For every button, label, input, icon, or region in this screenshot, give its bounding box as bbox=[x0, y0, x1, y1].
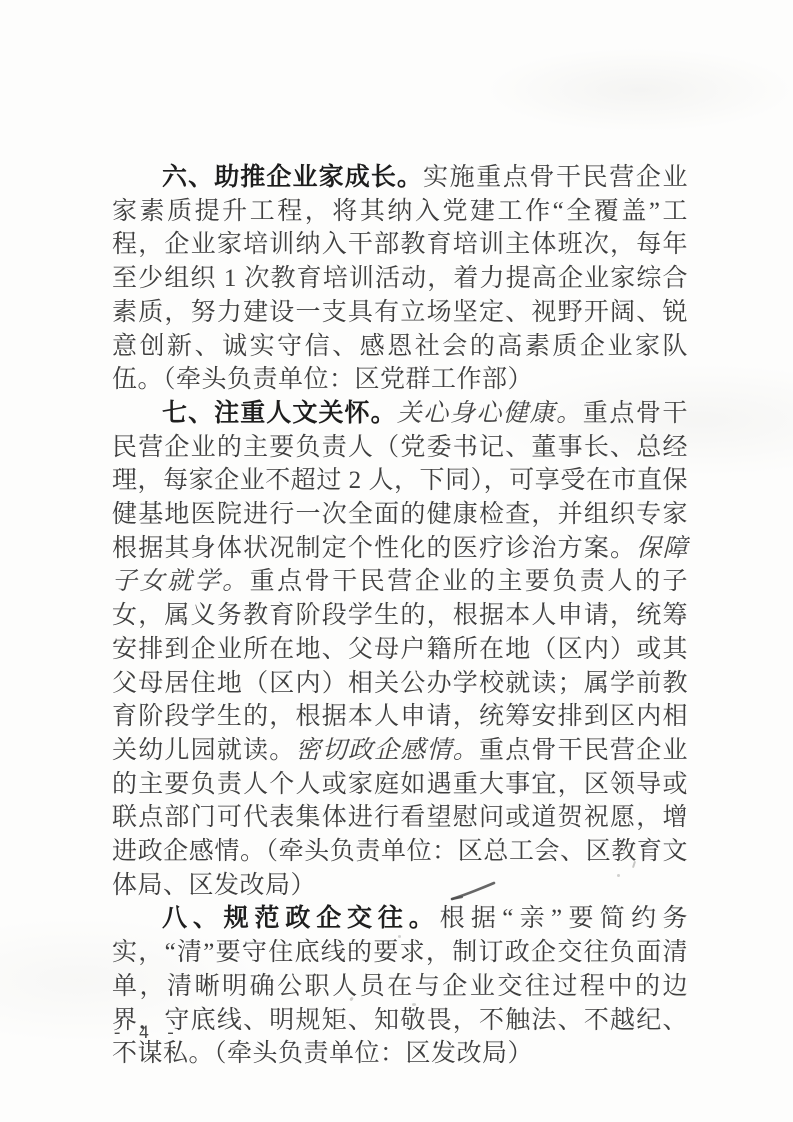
sub-heading: 关心身心健康。 bbox=[397, 400, 583, 427]
page-number: - 4 - bbox=[114, 1022, 181, 1044]
body-text: 重点骨干民营企业的主要负责人的子女，属义务教育阶段学生的，根据本人申请，统筹安排… bbox=[112, 568, 688, 764]
paragraph: 七、注重人文关怀。关心身心健康。重点骨干民营企业的主要负责人（党委书记、董事长、… bbox=[112, 397, 688, 903]
body-text: 实施重点骨干民营企业家素质提升工程，将其纳入党建工作“全覆盖”工程，企业家培训纳… bbox=[112, 164, 688, 393]
sub-heading: 密切政企感情。 bbox=[296, 737, 480, 764]
paragraph: 八、规范政企交往。根据“亲”要简约务实，“清”要守住底线的要求，制订政企交往负面… bbox=[112, 902, 688, 1071]
document-page: 六、助推企业家成长。实施重点骨干民营企业家素质提升工程，将其纳入党建工作“全覆盖… bbox=[0, 0, 793, 1122]
section-heading: 七、注重人文关怀。 bbox=[162, 399, 397, 427]
text-block: 六、助推企业家成长。实施重点骨干民营企业家素质提升工程，将其纳入党建工作“全覆盖… bbox=[112, 161, 688, 1071]
section-heading: 六、助推企业家成长。 bbox=[162, 163, 423, 191]
section-heading: 八、规范政企交往。 bbox=[162, 904, 440, 932]
paragraph: 六、助推企业家成长。实施重点骨干民营企业家素质提升工程，将其纳入党建工作“全覆盖… bbox=[112, 161, 688, 397]
